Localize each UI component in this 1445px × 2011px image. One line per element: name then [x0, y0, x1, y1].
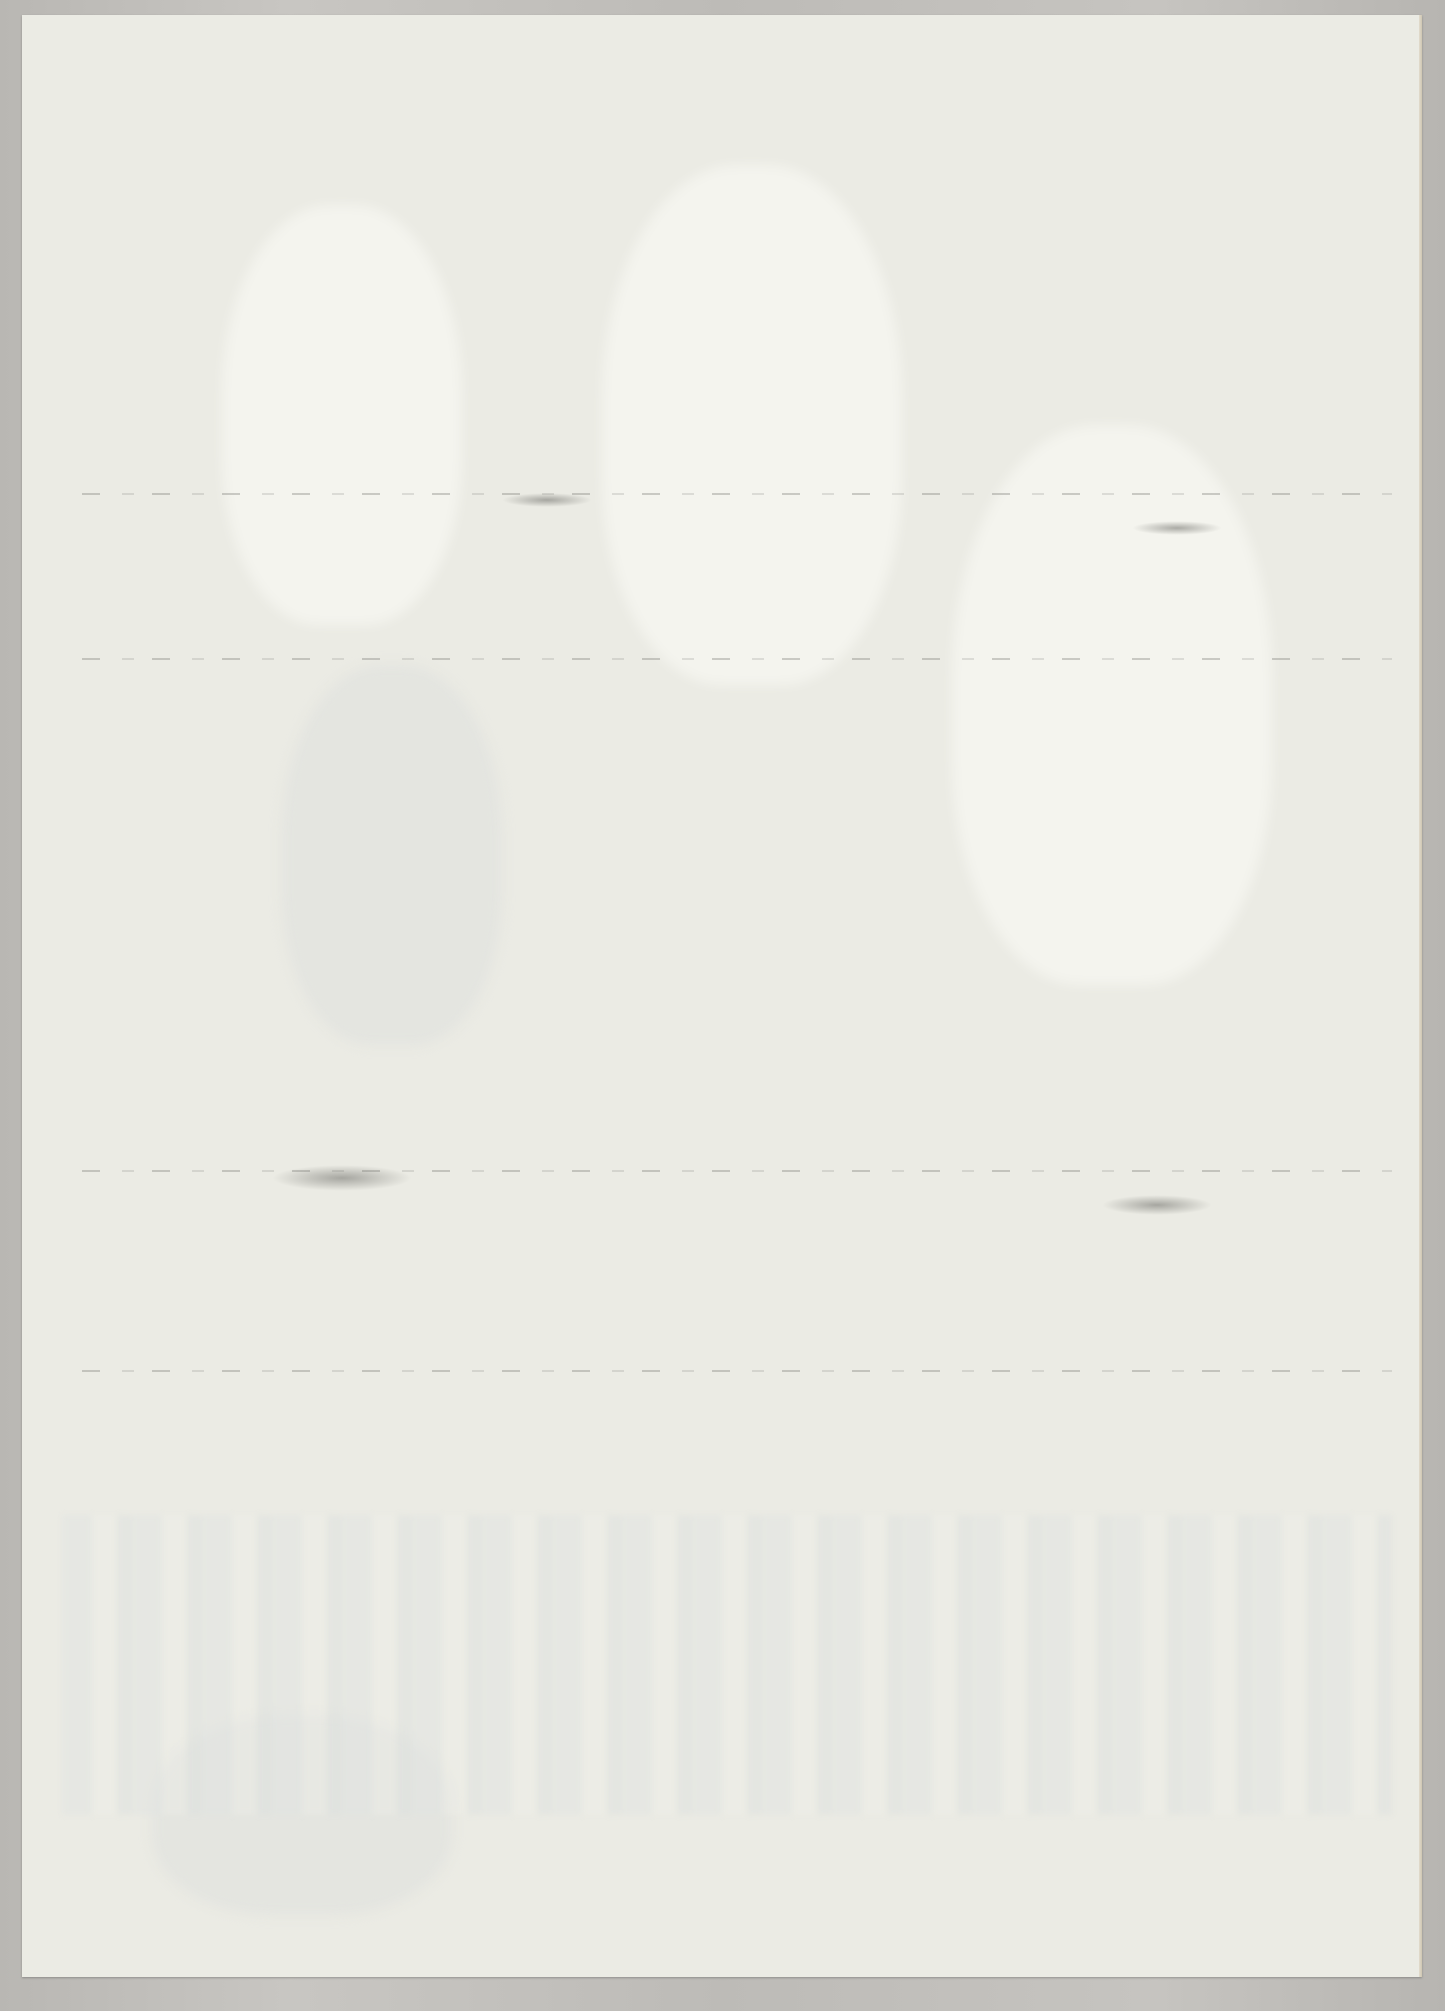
- ink-smudge: [502, 493, 592, 507]
- poster-sheet-back: [22, 15, 1422, 1977]
- ghost-cityscape: [62, 1515, 1392, 1815]
- ghost-figure-left: [222, 205, 462, 625]
- ghost-figure-right: [952, 425, 1272, 985]
- ink-smudge: [1102, 1195, 1212, 1215]
- ink-smudge: [1132, 521, 1222, 535]
- ink-smudge: [272, 1165, 412, 1191]
- ghost-figure-center: [602, 165, 902, 685]
- fold-line-1: [82, 493, 1392, 495]
- fold-line-4: [82, 1370, 1392, 1372]
- ghost-figure-lower-left: [282, 665, 502, 1045]
- paper-edge: [1419, 15, 1422, 1977]
- fold-line-2: [82, 658, 1392, 660]
